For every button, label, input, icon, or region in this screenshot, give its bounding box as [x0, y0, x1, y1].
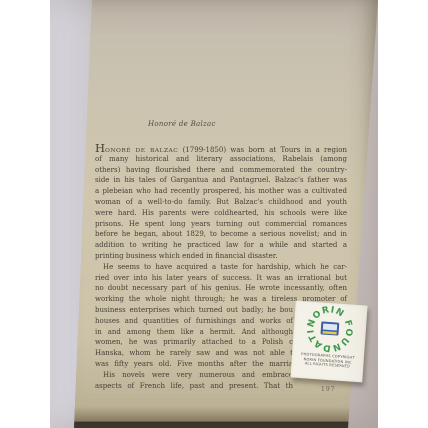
text-line: HONORÉ DE BALZAC (1799-1850) was born at…	[95, 143, 347, 154]
book-page-photo: Honoré de Balzac HONORÉ DE BALZAC (1799-…	[50, 0, 378, 428]
text-line: He seems to have acquired a taste for ha…	[95, 262, 347, 273]
copyright-sticker: NORIN FOUNDATION PHOTOGRAPHS COPYRIGHT N…	[290, 301, 367, 383]
text-line: aspects of French life, past and present…	[95, 381, 347, 392]
foundation-seal-icon: NORIN FOUNDATION	[304, 303, 355, 354]
text-line: before he began, about 1829, to become a…	[95, 229, 347, 240]
text-line: prisons. He spent long years turning out…	[95, 219, 347, 230]
text-line: addition to writing he practiced law for…	[95, 240, 347, 251]
text-line: were hard. His parents were coldhearted,…	[95, 208, 347, 219]
text-line: others) having flourished there and comm…	[95, 165, 347, 176]
running-head: Honoré de Balzac	[148, 120, 216, 128]
text-line: side in his tales of Gargantua and Panta…	[95, 175, 347, 186]
text-line: no doubt necessary part of his genius. H…	[95, 283, 347, 294]
seal-shield-band	[323, 324, 337, 331]
text-line: printing business which ended in financi…	[95, 251, 347, 262]
opening-capital: H	[95, 141, 105, 155]
opening-rest: (1799-1850) was born at Tours in a regio…	[178, 146, 347, 154]
text-line: of many historical and literary associat…	[95, 154, 347, 165]
text-line: ried over into his later years of succes…	[95, 273, 347, 284]
text-line: a plebeian who had recently prospered, h…	[95, 186, 347, 197]
page-number: 197	[321, 386, 335, 393]
text-line: woman of a well-to-do family. But Balzac…	[95, 197, 347, 208]
